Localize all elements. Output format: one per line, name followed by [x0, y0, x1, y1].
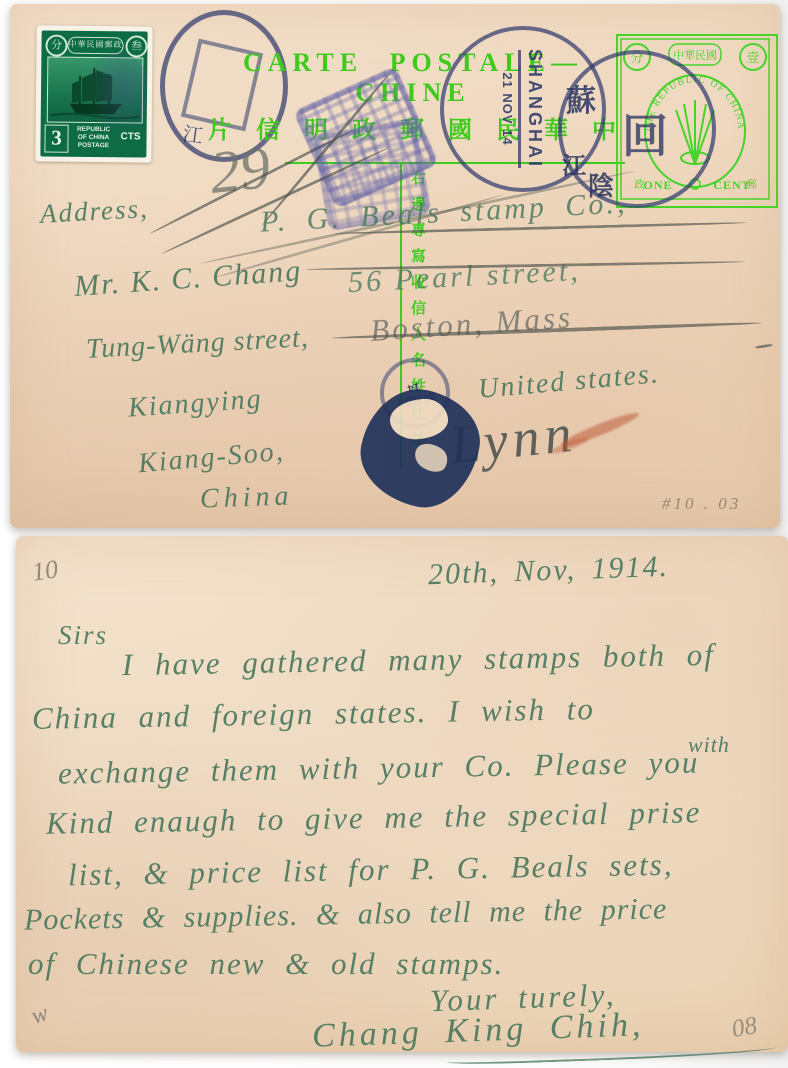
letter-line: Pockets & supplies. & also tell me the p… [24, 892, 668, 937]
recipient-street: 56 Pearl street, [347, 254, 581, 300]
postage-stamp: 分 叁 中華民國郵政 3 [35, 25, 152, 162]
dealer-price-note: #10 . 03 [662, 494, 741, 514]
letter-line: of Chinese new & old stamps. [28, 946, 504, 982]
shanghai-postmark-city: SHANGHAI [525, 49, 546, 169]
pencil-tick [755, 344, 773, 349]
corner-number: 10 [30, 554, 60, 587]
indicia-cn-right: 郵 [746, 178, 757, 191]
kiangyin-postmark: 蘇 江 陰 回 [558, 50, 716, 208]
recipient-country: United states. [477, 358, 661, 406]
letter-line: list, & price list for P. G. Beals sets, [68, 847, 674, 894]
ink-blob-gap [389, 398, 449, 441]
letter-line: Kind enaugh to give me the special prise [46, 794, 702, 841]
kiangyin-province-character: 蘇 [566, 76, 596, 120]
pencil-check-mark: w [28, 1000, 52, 1031]
indicia-right-circle-character: 壹 [746, 50, 759, 65]
letter-line: China and foreign states. I wish to [32, 691, 595, 737]
sender-street: Tung-Wäng street, [85, 322, 309, 366]
stamp-left-circle-character: 分 [45, 34, 67, 56]
sender-city: Kiangying [127, 383, 264, 424]
stamp-denomination: 3 [44, 124, 68, 152]
ink-blob-gap [410, 438, 453, 478]
sender-name: Mr. K. C. Chang [73, 254, 303, 304]
ink-blob [351, 379, 489, 517]
shanghai-postmark-date: 21 NOV 14 [501, 72, 516, 145]
scanned-postcard-sheet: 分 叁 中華民國郵政 3 [0, 0, 788, 1068]
sender-province: Kiang-Soo, [137, 436, 286, 481]
postcard-front: 分 叁 中華民國郵政 3 [10, 4, 780, 528]
sender-label: Address, [39, 193, 149, 230]
stamp-country-line3: POSTAGE [70, 142, 116, 150]
kiangyin-center-character: 回 [622, 100, 668, 166]
letter-line: I have gathered many stamps both of [122, 637, 715, 683]
corner-note: 08 [730, 1012, 759, 1044]
shanghai-postmark-bar [519, 50, 522, 168]
letter-line: exchange them with your Co. Please you [58, 744, 700, 791]
postage-stamp-design: 分 叁 中華民國郵政 3 [40, 30, 147, 157]
letter-salutation: Sirs [58, 620, 108, 651]
postmark-character: 江 [181, 118, 205, 150]
kiangyin-river-character: 江 [562, 146, 586, 181]
sender-country: China [199, 480, 294, 515]
letter-date: 20th, Nov, 1914. [427, 550, 669, 592]
postcard-back: 10 20th, Nov, 1914. Sirs I have gathered… [16, 536, 788, 1052]
indicia-top-banner: 中華民國 [673, 48, 717, 62]
kiangyin-city-character: 陰 [588, 166, 614, 203]
cancellation-smudge [81, 51, 148, 142]
